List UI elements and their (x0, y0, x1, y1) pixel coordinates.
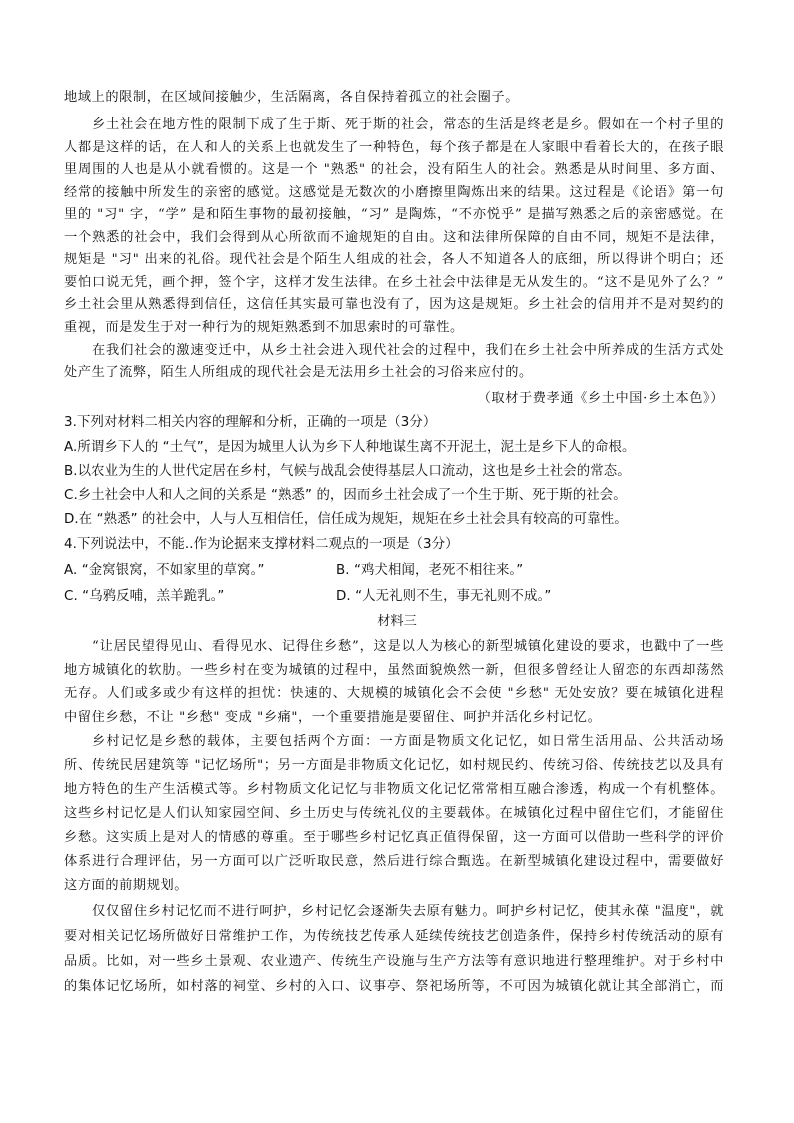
material-three-line: 仅仅留住乡村记忆而不进行呵护，乡村记忆会逐渐失去原有魅力。呵护乡村记忆，使其永葆… (64, 903, 724, 921)
material-two-line: 规矩是 "习" 出来的礼俗。现代社会是个陌生人组成的社会，各人不知道各人的底细，… (64, 251, 724, 269)
material-three-line: 要对相关记忆场所做好日常维护工作，为传统技艺传承人延续传统技艺创造条件，保持乡村… (64, 928, 724, 946)
material-three-heading: 材料三 (0, 613, 794, 631)
exam-page: 地域上的限制，在区域间接触少，生活隔离，各自保持着孤立的社会圈子。 乡土社会在地… (0, 0, 794, 1123)
question-4-option-b: B. “鸡犬相闻，老死不相往来。” (336, 562, 523, 580)
material-two-line: 里的 "习" 字，“学” 是和陌生事物的最初接触，“习” 是陶炼，“不亦悦乎” … (64, 206, 724, 224)
material-three-line: 地方特色的生产生活模式等。乡村物质文化记忆与非物质文化记忆常常相互融合渗透，构成… (64, 781, 724, 799)
material-three-line: 这些乡村记忆是人们认知家园空间、乡土历史与传统礼仪的主要载体。在城镇化过程中留住… (64, 805, 724, 823)
question-3-option-a: A.所谓乡下人的 “土气”，是因为城里人认为乡下人种地谋生离不开泥土，泥土是乡下… (64, 439, 635, 457)
material-two-line: 经常的接触中所发生的亲密的感觉。这感觉是无数次的小磨擦里陶炼出来的结果。这过程是… (64, 184, 724, 202)
question-4-option-c: C. “乌鸦反哺，羔羊跪乳。” (64, 588, 224, 606)
material-three-line: 这方面的前期规划。 (64, 877, 724, 895)
material-two-line: 一个熟悉的社会中，我们会得到从心所欲而不逾规矩的自由。这和法律所保障的自由不同，… (64, 229, 724, 247)
material-three-line: 无存。人们或多或少有这样的担忧：快速的、大规模的城镇化会不会使 "乡愁" 无处安… (64, 685, 724, 703)
material-three-line: 所、传统民居建筑等 "记忆场所"；另一方面是非物质文化记忆，如村规民约、传统习俗… (64, 757, 724, 775)
material-three-line: 乡村记忆是乡愁的载体，主要包括两个方面：一方面是物质文化记忆，如日常生活用品、公… (64, 733, 724, 751)
question-3-option-d: D.在 “熟悉” 的社会中，人与人互相信任，信任成为规矩，规矩在乡土社会具有较高… (64, 511, 628, 529)
material-three-line: 的集体记忆场所，如村落的祠堂、乡村的入口、议事亭、祭祀场所等，不可因为城镇化就让… (64, 978, 724, 996)
material-three-line: “让居民望得见山、看得见水、记得住乡愁”，这是以人为核心的新型城镇化建设的要求，… (64, 638, 724, 656)
material-two-line: 乡土社会里从熟悉得到信任，这信任其实最可靠也没有了，因为这是规矩。乡土社会的信用… (64, 296, 724, 314)
material-two-line: 在我们社会的激速变迁中，从乡土社会进入现代社会的过程中，我们在乡土社会中所养成的… (64, 342, 724, 360)
material-two-line: 乡土社会在地方性的限制下成了生于斯、死于斯的社会，常态的生活是终老是乡。假如在一… (64, 116, 724, 134)
question-4-option-a: A. “金窝银窝，不如家里的草窝。” (64, 562, 265, 580)
material-two-line: 地域上的限制，在区域间接触少，生活隔离，各自保持着孤立的社会圈子。 (64, 89, 724, 107)
material-two-line: 里周围的人也是从小就看惯的。这是一个 "熟悉" 的社会，没有陌生人的社会。熟悉是… (64, 161, 724, 179)
material-three-line: 地方城镇化的软肋。一些乡村在变为城镇的过程中，虽然面貌焕然一新，但很多曾经让人留… (64, 662, 724, 680)
question-3-option-c: C.乡土社会中人和人之间的关系是 “熟悉” 的，因而乡土社会成了一个生于斯、死于… (64, 487, 627, 505)
material-two-line: 重视，而是发生于对一种行为的规矩熟悉到不加思索时的可靠性。 (64, 319, 724, 337)
material-three-line: 品质。比如，对一些乡土景观、农业遗产、传统生产设施与生产方法等有意识地进行整理维… (64, 953, 724, 971)
question-3-stem: 3.下列对材料二相关内容的理解和分析，正确的一项是（3分） (64, 414, 436, 432)
source-citation: （取材于费孝通《乡土中国·乡土本色》） (64, 390, 724, 408)
question-4-option-d: D. “人无礼则不生，事无礼则不成。” (336, 588, 551, 606)
material-three-line: 乡愁。这实质上是对人的情感的尊重。至于哪些乡村记忆真正值得保留，这一方面可以借助… (64, 829, 724, 847)
material-two-line: 处产生了流弊，陌生人所组成的现代社会是无法用乡土社会的习俗来应付的。 (64, 364, 724, 382)
question-3-option-b: B.以农业为生的人世代定居在乡村，气候与战乱会使得基层人口流动，这也是乡土社会的… (64, 463, 631, 481)
material-two-line: 人都是这样的话，在人和人的关系上也就发生了一种特色，每个孩子都是在人家眼中看着长… (64, 139, 724, 157)
material-three-line: 中留住乡愁，不让 "乡愁" 变成 "乡痛"，一个重要措施是要留住、呵护并活化乡村… (64, 709, 724, 727)
question-4-stem: 4.下列说法中，不能..作为论据来支撑材料二观点的一项是（3分） (64, 536, 459, 554)
material-three-line: 体系进行合理评估，另一方面可以广泛听取民意，然后进行综合甄选。在新型城镇化建设过… (64, 853, 724, 871)
material-two-line: 要怕口说无凭，画个押，签个字，这样才发生法律。在乡土社会中法律是无从发生的。“这… (64, 274, 724, 292)
